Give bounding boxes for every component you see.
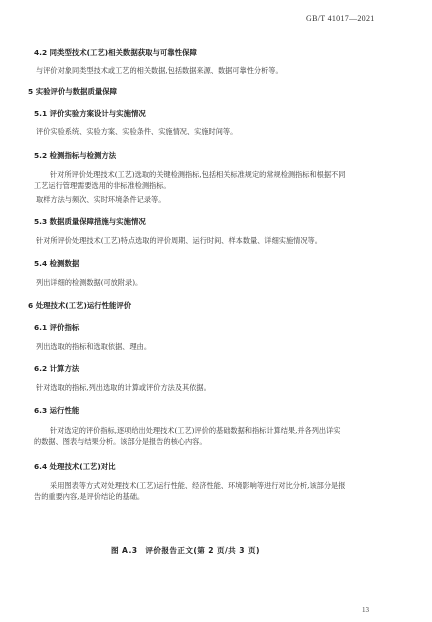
- heading-5-1: 5.1 评价实验方案设计与实施情况: [34, 108, 146, 119]
- heading-5-4: 5.4 检测数据: [34, 258, 79, 269]
- heading-5: 5 实验评价与数据质量保障: [28, 86, 117, 97]
- para-6-1: 列出选取的指标和选取依据、理由。: [36, 342, 352, 353]
- para-6-2: 针对选取的指标,列出选取的计算或评价方法及其依据。: [36, 383, 352, 394]
- para-4-2: 与评价对象同类型技术或工艺的相关数据,包括数据来源、数据可靠性分析等。: [36, 66, 352, 77]
- heading-6-2: 6.2 计算方法: [34, 363, 79, 374]
- para-5-2-b: 取样方法与频次、实时环境条件记录等。: [36, 195, 352, 206]
- standard-number: GB/T 41017—2021: [306, 14, 375, 23]
- heading-6: 6 处理技术(工艺)运行性能评价: [28, 300, 131, 311]
- para-6-4: 采用图表等方式对处理技术(工艺)运行性能、经济性能、环境影响等进行对比分析,该部…: [34, 481, 346, 502]
- figure-caption: 图 A.3 评价报告正文(第 2 页/共 3 页): [111, 545, 260, 556]
- heading-6-3: 6.3 运行性能: [34, 405, 79, 416]
- para-5-2-a: 针对所评价处理技术(工艺)选取的关键检测指标,包括相关标准规定的常规检测指标和根…: [34, 170, 346, 191]
- heading-5-3: 5.3 数据质量保障措施与实施情况: [34, 216, 146, 227]
- para-6-3: 针对选定的评价指标,逐项给出处理技术(工艺)评价的基础数据和指标计算结果,并各列…: [34, 426, 346, 447]
- para-5-4: 列出详细的检测数据(可放附录)。: [36, 278, 352, 289]
- heading-4-2: 4.2 同类型技术(工艺)相关数据获取与可靠性保障: [34, 47, 197, 58]
- heading-6-4: 6.4 处理技术(工艺)对比: [34, 461, 116, 472]
- page-number: 13: [362, 606, 369, 614]
- heading-6-1: 6.1 评价指标: [34, 322, 79, 333]
- para-5-3: 针对所评价处理技术(工艺)特点选取的评价周期、运行时间、样本数量、详细实施情况等…: [36, 236, 352, 247]
- para-5-1: 评价实验系统、实验方案、实验条件、实施情况、实施时间等。: [36, 127, 352, 138]
- heading-5-2: 5.2 检测指标与检测方法: [34, 150, 116, 161]
